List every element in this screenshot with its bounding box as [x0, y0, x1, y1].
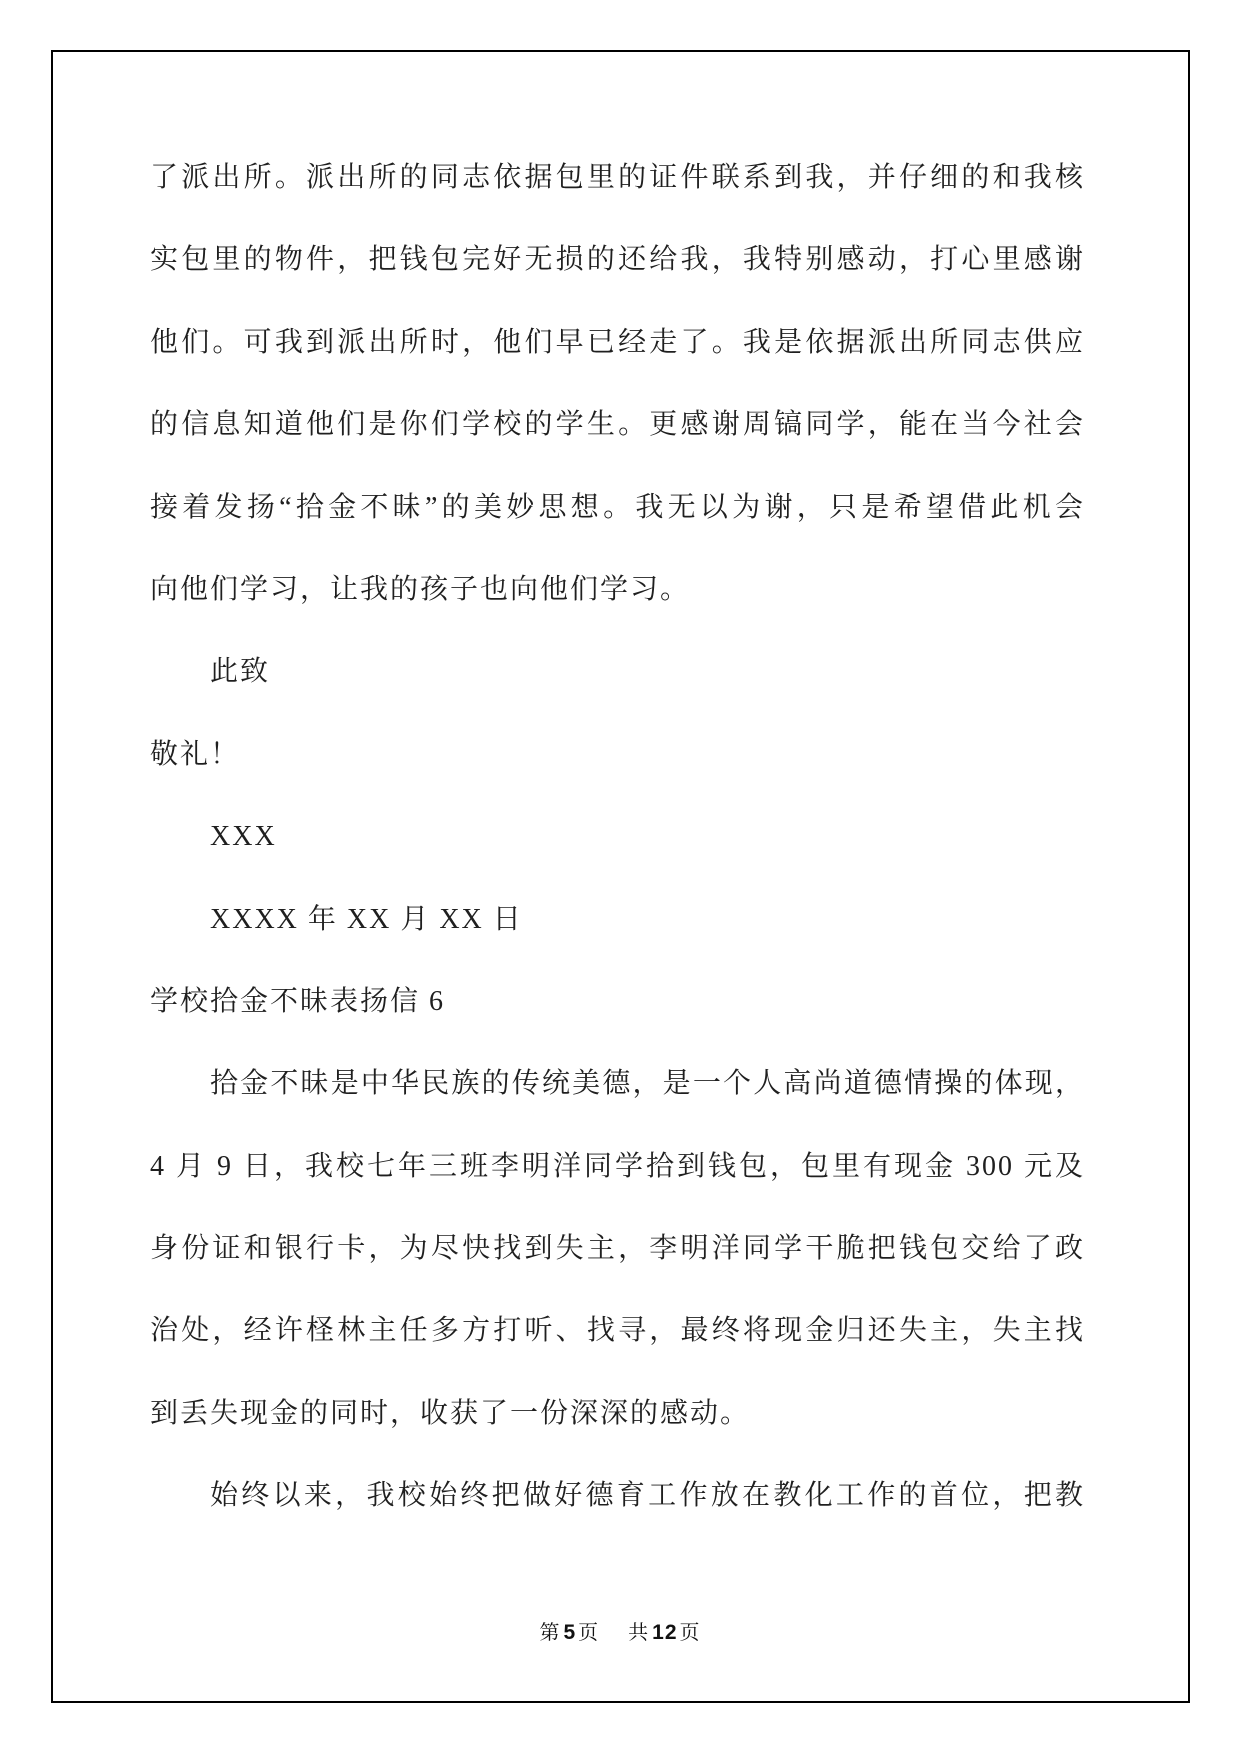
page-number: 5 — [561, 1621, 578, 1644]
text-line: 始终以来，我校始终把做好德育工作放在教化工作的首位，把教 — [150, 1455, 1085, 1537]
salute-line: 敬礼！ — [150, 714, 1085, 796]
text-line: 拾金不昧是中华民族的传统美德，是一个人高尚道德情操的体现， — [150, 1043, 1085, 1125]
section-heading: 学校拾金不昧表扬信 6 — [150, 961, 1085, 1043]
text-line: 4 月 9 日，我校七年三班李明洋同学拾到钱包，包里有现金 300 元及 — [150, 1126, 1085, 1208]
page-label-prefix: 第 — [539, 1622, 561, 1644]
signature-line: XXX — [150, 796, 1085, 878]
text-line: 治处，经许柽林主任多方打听、找寻，最终将现金归还失主，失主找 — [150, 1290, 1085, 1372]
date-line: XXXX 年 XX 月 XX 日 — [150, 879, 1085, 961]
document-page: 了派出所。派出所的同志依据包里的证件联系到我，并仔细的和我核 实包里的物件，把钱… — [0, 0, 1241, 1754]
total-label-prefix: 共 — [628, 1622, 650, 1644]
text-line: 他们。可我到派出所时，他们早已经走了。我是依据派出所同志供应 — [150, 302, 1085, 384]
total-label-suffix: 页 — [680, 1622, 702, 1644]
text-line: 了派出所。派出所的同志依据包里的证件联系到我，并仔细的和我核 — [150, 137, 1085, 219]
document-text: 了派出所。派出所的同志依据包里的证件联系到我，并仔细的和我核 实包里的物件，把钱… — [150, 137, 1085, 1538]
page-label-suffix: 页 — [578, 1622, 600, 1644]
closing-line: 此致 — [150, 631, 1085, 713]
total-pages-indicator: 共12页 — [628, 1622, 701, 1644]
text-line: 的信息知道他们是你们学校的学生。更感谢周镐同学，能在当今社会 — [150, 384, 1085, 466]
page-indicator: 第5页 — [539, 1622, 600, 1644]
page-footer: 第5页共12页 — [0, 1618, 1241, 1648]
text-line: 实包里的物件，把钱包完好无损的还给我，我特别感动，打心里感谢 — [150, 219, 1085, 301]
text-line: 接着发扬“拾金不昧”的美妙思想。我无以为谢，只是希望借此机会 — [150, 467, 1085, 549]
text-line: 向他们学习，让我的孩子也向他们学习。 — [150, 549, 1085, 631]
total-pages-number: 12 — [650, 1621, 679, 1644]
text-line: 到丢失现金的同时，收获了一份深深的感动。 — [150, 1373, 1085, 1455]
text-line: 身份证和银行卡，为尽快找到失主，李明洋同学干脆把钱包交给了政 — [150, 1208, 1085, 1290]
